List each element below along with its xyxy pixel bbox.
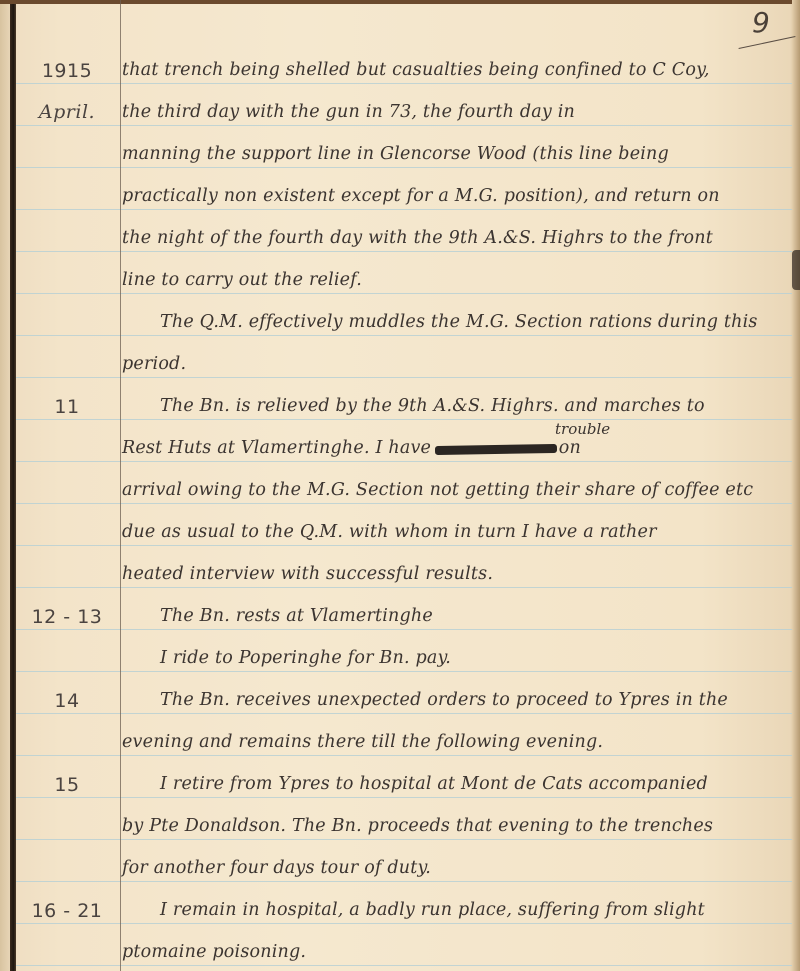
ruled-line	[16, 503, 792, 504]
margin-date-16-21: 16 - 21	[22, 900, 112, 922]
diary-line: for another four days tour of duty.	[122, 858, 790, 878]
diary-line: The Bn. receives unexpected orders to pr…	[122, 690, 800, 710]
diary-line: evening and remains there till the follo…	[122, 732, 790, 752]
diary-line: I retire from Ypres to hospital at Mont …	[122, 774, 800, 794]
margin-date-12-13: 12 - 13	[22, 606, 112, 628]
diary-line: that trench being shelled but casualties…	[122, 60, 790, 80]
diary-text: Rest Huts at Vlamertinghe. I have	[122, 438, 431, 458]
diary-line: ptomaine poisoning.	[122, 942, 790, 962]
margin-date-11: 11	[22, 396, 112, 418]
margin-date-14: 14	[22, 690, 112, 712]
diary-page: 9 1915 April. 11 12 - 13 14 15 16 - 21 t…	[0, 0, 800, 971]
diary-line: The Bn. rests at Vlamertinghe	[122, 606, 800, 626]
ruled-line	[16, 419, 792, 420]
diary-line: by Pte Donaldson. The Bn. proceeds that …	[122, 816, 790, 836]
diary-line: I remain in hospital, a badly run place,…	[122, 900, 800, 920]
diary-line: the third day with the gun in 73, the fo…	[122, 102, 790, 122]
ruled-line	[16, 881, 792, 882]
diary-line: line to carry out the relief.	[122, 270, 790, 290]
binding-clip	[792, 250, 800, 290]
diary-line: period.	[122, 354, 790, 374]
ruled-line	[16, 335, 792, 336]
ruled-line	[16, 377, 792, 378]
ruled-line	[16, 209, 792, 210]
page-right-edge	[792, 0, 800, 971]
diary-line: The Bn. is relieved by the 9th A.&S. Hig…	[122, 396, 800, 416]
inserted-correction: trouble	[555, 420, 610, 438]
ruled-line	[16, 797, 792, 798]
ruled-line	[16, 251, 792, 252]
ruled-line	[16, 755, 792, 756]
diary-line: I ride to Poperinghe for Bn. pay.	[122, 648, 800, 668]
ruled-line	[16, 629, 792, 630]
ruled-line	[16, 965, 792, 966]
ruled-line	[16, 671, 792, 672]
margin-date-15: 15	[22, 774, 112, 796]
book-spine	[10, 0, 16, 971]
ruled-line	[16, 461, 792, 462]
diary-line: manning the support line in Glencorse Wo…	[122, 144, 790, 164]
page-number: 9	[752, 6, 770, 39]
margin-date-year: 1915	[22, 60, 112, 82]
ruled-line	[16, 587, 792, 588]
ruled-line	[16, 839, 792, 840]
ruled-line	[16, 83, 792, 84]
ruled-line	[16, 125, 792, 126]
diary-line: The Q.M. effectively muddles the M.G. Se…	[122, 312, 800, 332]
ruled-line	[16, 545, 792, 546]
ruled-line	[16, 713, 792, 714]
page-gutter	[0, 0, 10, 971]
diary-line: the night of the fourth day with the 9th…	[122, 228, 790, 248]
diary-line: practically non existent except for a M.…	[122, 186, 790, 206]
ruled-line	[16, 167, 792, 168]
ruled-line	[16, 923, 792, 924]
diary-line: heated interview with successful results…	[122, 564, 790, 584]
diary-line: due as usual to the Q.M. with whom in tu…	[122, 522, 790, 542]
diary-line-with-correction: Rest Huts at Vlamertinghe. I have consid…	[122, 438, 790, 458]
margin-line	[120, 0, 121, 971]
ruled-line	[16, 293, 792, 294]
struck-out-word: considerable	[437, 438, 553, 458]
diary-line: arrival owing to the M.G. Section not ge…	[122, 480, 790, 500]
margin-date-month: April.	[22, 101, 112, 123]
diary-text: on	[559, 438, 581, 458]
